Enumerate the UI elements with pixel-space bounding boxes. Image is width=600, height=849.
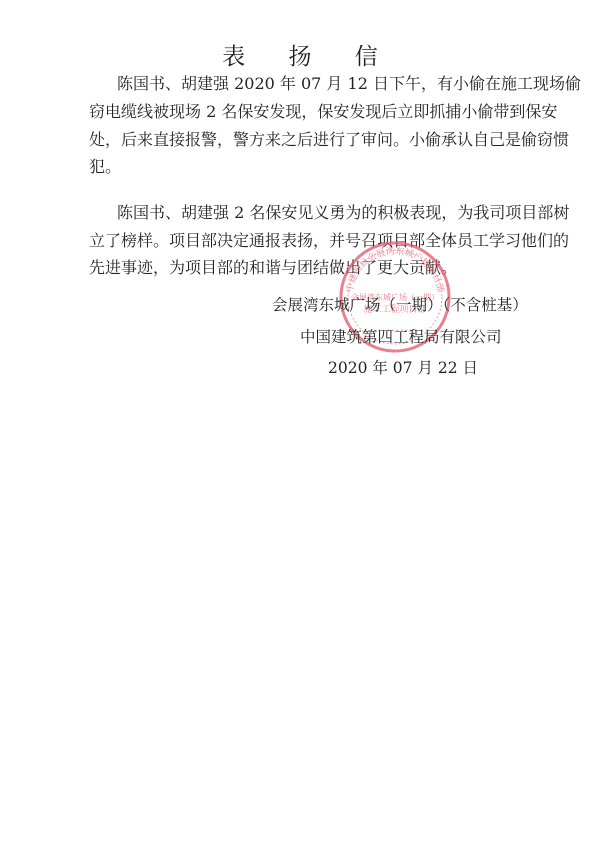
paragraph-1-line-4: 犯。	[89, 157, 510, 177]
document-title: 表 扬 信	[0, 38, 600, 71]
signature-date: 2020 年 07 月 22 日	[328, 358, 478, 378]
paragraph-2-line-1: 陈国书、胡建强 2 名保安见义勇为的积极表现，为我司项目部树	[117, 203, 510, 223]
letter-page: 表 扬 信 陈国书、胡建强 2020 年 07 月 12 日下午，有小偷在施工现…	[0, 0, 600, 849]
paragraph-2-line-3: 先进事迹，为项目部的和谐与团结做出了更大贡献。	[89, 258, 510, 278]
paragraph-1-line-1: 陈国书、胡建强 2020 年 07 月 12 日下午，有小偷在施工现场偷	[117, 74, 510, 94]
signature-company-name: 中国建筑第四工程局有限公司	[300, 327, 502, 347]
signature-project-name: 会展湾东城广场（一期）（不含桩基）	[272, 295, 528, 315]
paragraph-1-line-3: 处，后来直接报警，警方来之后进行了审问。小偷承认自己是偷窃惯	[89, 130, 510, 150]
paragraph-2-line-2: 立了榜样。项目部决定通报表扬，并号召项目部全体员工学习他们的	[89, 231, 510, 251]
paragraph-1-line-2: 窃电缆线被现场 2 名保安发现，保安发现后立即抓捕小偷带到保安	[89, 102, 510, 122]
